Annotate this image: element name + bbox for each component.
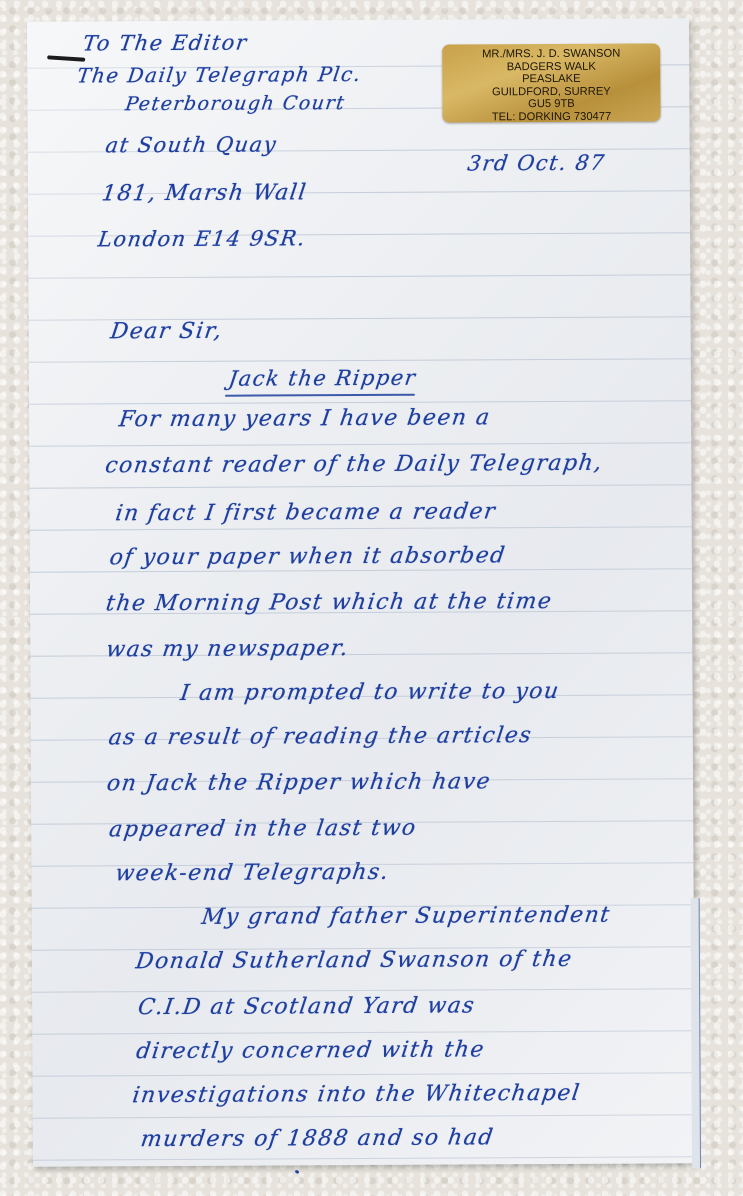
folded-page-edge [691,898,701,1168]
label-line-village: PEASLAKE [442,73,660,87]
body-line-11: week-end Telegraphs. [114,860,391,886]
label-line-postcode: GU5 9TB [442,98,660,112]
ink-mark [295,1170,300,1175]
body-line-15: directly concerned with the [135,1037,487,1064]
recipient-line-2: The Daily Telegraph Plc. [76,62,364,88]
address-label: MR./MRS. J. D. SWANSON BADGERS WALK PEAS… [442,43,660,122]
body-line-3: in fact I first became a reader [114,499,498,526]
letter-heading: Jack the Ripper [227,366,418,391]
staple-icon [47,55,85,61]
body-line-17: murders of 1888 and so had [139,1125,495,1152]
body-line-10: appeared in the last two [108,816,419,843]
recipient-line-5: 181, Marsh Wall [100,180,308,206]
label-line-street: BADGERS WALK [442,60,660,74]
body-line-13: Donald Sutherland Swanson of the [134,947,574,974]
letter-page: MR./MRS. J. D. SWANSON BADGERS WALK PEAS… [27,18,695,1166]
label-line-name: MR./MRS. J. D. SWANSON [442,47,660,61]
recipient-line-4: at South Quay [104,132,279,157]
body-line-9: on Jack the Ripper which have [105,769,492,796]
salutation: Dear Sir, [109,319,224,345]
body-line-6: was my newspaper. [105,636,351,662]
body-line-12: My grand father Superintendent [200,903,612,930]
recipient-line-3: Peterborough Court [124,92,347,115]
body-line-1: For many years I have been a [117,405,492,432]
letter-date: 3rd Oct. 87 [466,151,607,176]
body-line-5: the Morning Post which at the time [104,589,554,616]
recipient-line-6: London E14 9SR. [97,226,308,251]
label-line-town: GUILDFORD, SURREY [442,85,660,99]
body-line-2: constant reader of the Daily Telegraph, [104,451,605,479]
recipient-line-1: To The Editor [81,31,249,56]
body-line-16: investigations into the Whitechapel [131,1081,582,1108]
body-line-7: I am prompted to write to you [179,679,562,706]
body-line-4: of your paper when it absorbed [108,543,507,570]
body-line-8: as a result of reading the articles [107,723,534,750]
body-line-14: C.I.D at Scotland Yard was [136,993,476,1020]
label-line-telephone: TEL: DORKING 730477 [442,110,660,124]
heading-underline [225,394,415,397]
